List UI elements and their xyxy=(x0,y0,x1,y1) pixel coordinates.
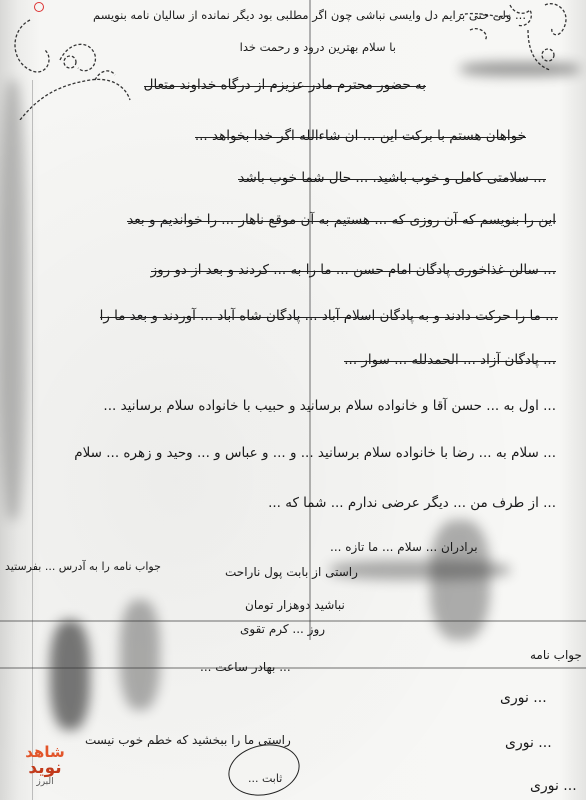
letter-line: ... ولی حتی برایم دل وایسی نباشی چون اگر… xyxy=(93,8,526,22)
letter-scan: ... ولی حتی برایم دل وایسی نباشی چون اگر… xyxy=(0,0,586,800)
signature: ثابت ... xyxy=(248,772,282,785)
letter-line: ... پادگان آزاد ... الحمدلله ... سوار ..… xyxy=(344,352,556,368)
letter-line: به حضور محترم مادر عزیزم از درگاه خداوند… xyxy=(144,77,426,93)
side-note: نباشید دوهزار تومان xyxy=(245,598,345,612)
logo-line-2: نوید xyxy=(28,760,61,777)
red-mark-icon xyxy=(34,2,44,12)
letter-line: ... از طرف من ... دیگر عرضی ندارم ... شم… xyxy=(268,495,556,511)
letter-line: خواهان هستم با برکت این ... ان شاءالله ا… xyxy=(195,128,526,144)
side-note: روز ... کرم تقوی xyxy=(240,622,325,636)
letter-line: ... سلام به ... رضا با خانواده سلام برسا… xyxy=(74,445,556,461)
letter-line: ... ما را حرکت دادند و به پادگان اسلام آ… xyxy=(100,308,558,324)
logo-line-3: البرز xyxy=(36,777,53,788)
letter-line: این را بنویسم که آن روزی که ... هستیم به… xyxy=(127,212,556,228)
side-note: جواب نامه را به آدرس ... بفرستید xyxy=(5,560,161,573)
letter-line: ... سالن غذاخوری پادگان امام حسن ... ما … xyxy=(151,262,556,278)
side-note: ... نوری xyxy=(500,690,547,706)
side-note: ... بهادر ساعت ... xyxy=(200,660,291,674)
letter-line: با سلام بهترین درود و رحمت خدا xyxy=(240,40,396,54)
side-note: ... نوری xyxy=(530,778,577,794)
side-note: برادران ... سلام ... ما تازه ... xyxy=(330,540,478,554)
signature-oval xyxy=(224,738,305,800)
letter-line: ... سلامتی کامل و خوب باشید. ... حال شما… xyxy=(238,170,546,186)
side-note: جواب نامه xyxy=(530,648,582,662)
side-note: ... نوری xyxy=(505,735,552,751)
navid-shahed-logo: شاهد نوید البرز xyxy=(18,738,72,794)
margin-line xyxy=(32,80,33,800)
letter-line: ... اول به ... حسن آقا و خانواده سلام بر… xyxy=(103,398,556,414)
side-note: راستی از بابت پول ناراحت xyxy=(225,565,358,579)
